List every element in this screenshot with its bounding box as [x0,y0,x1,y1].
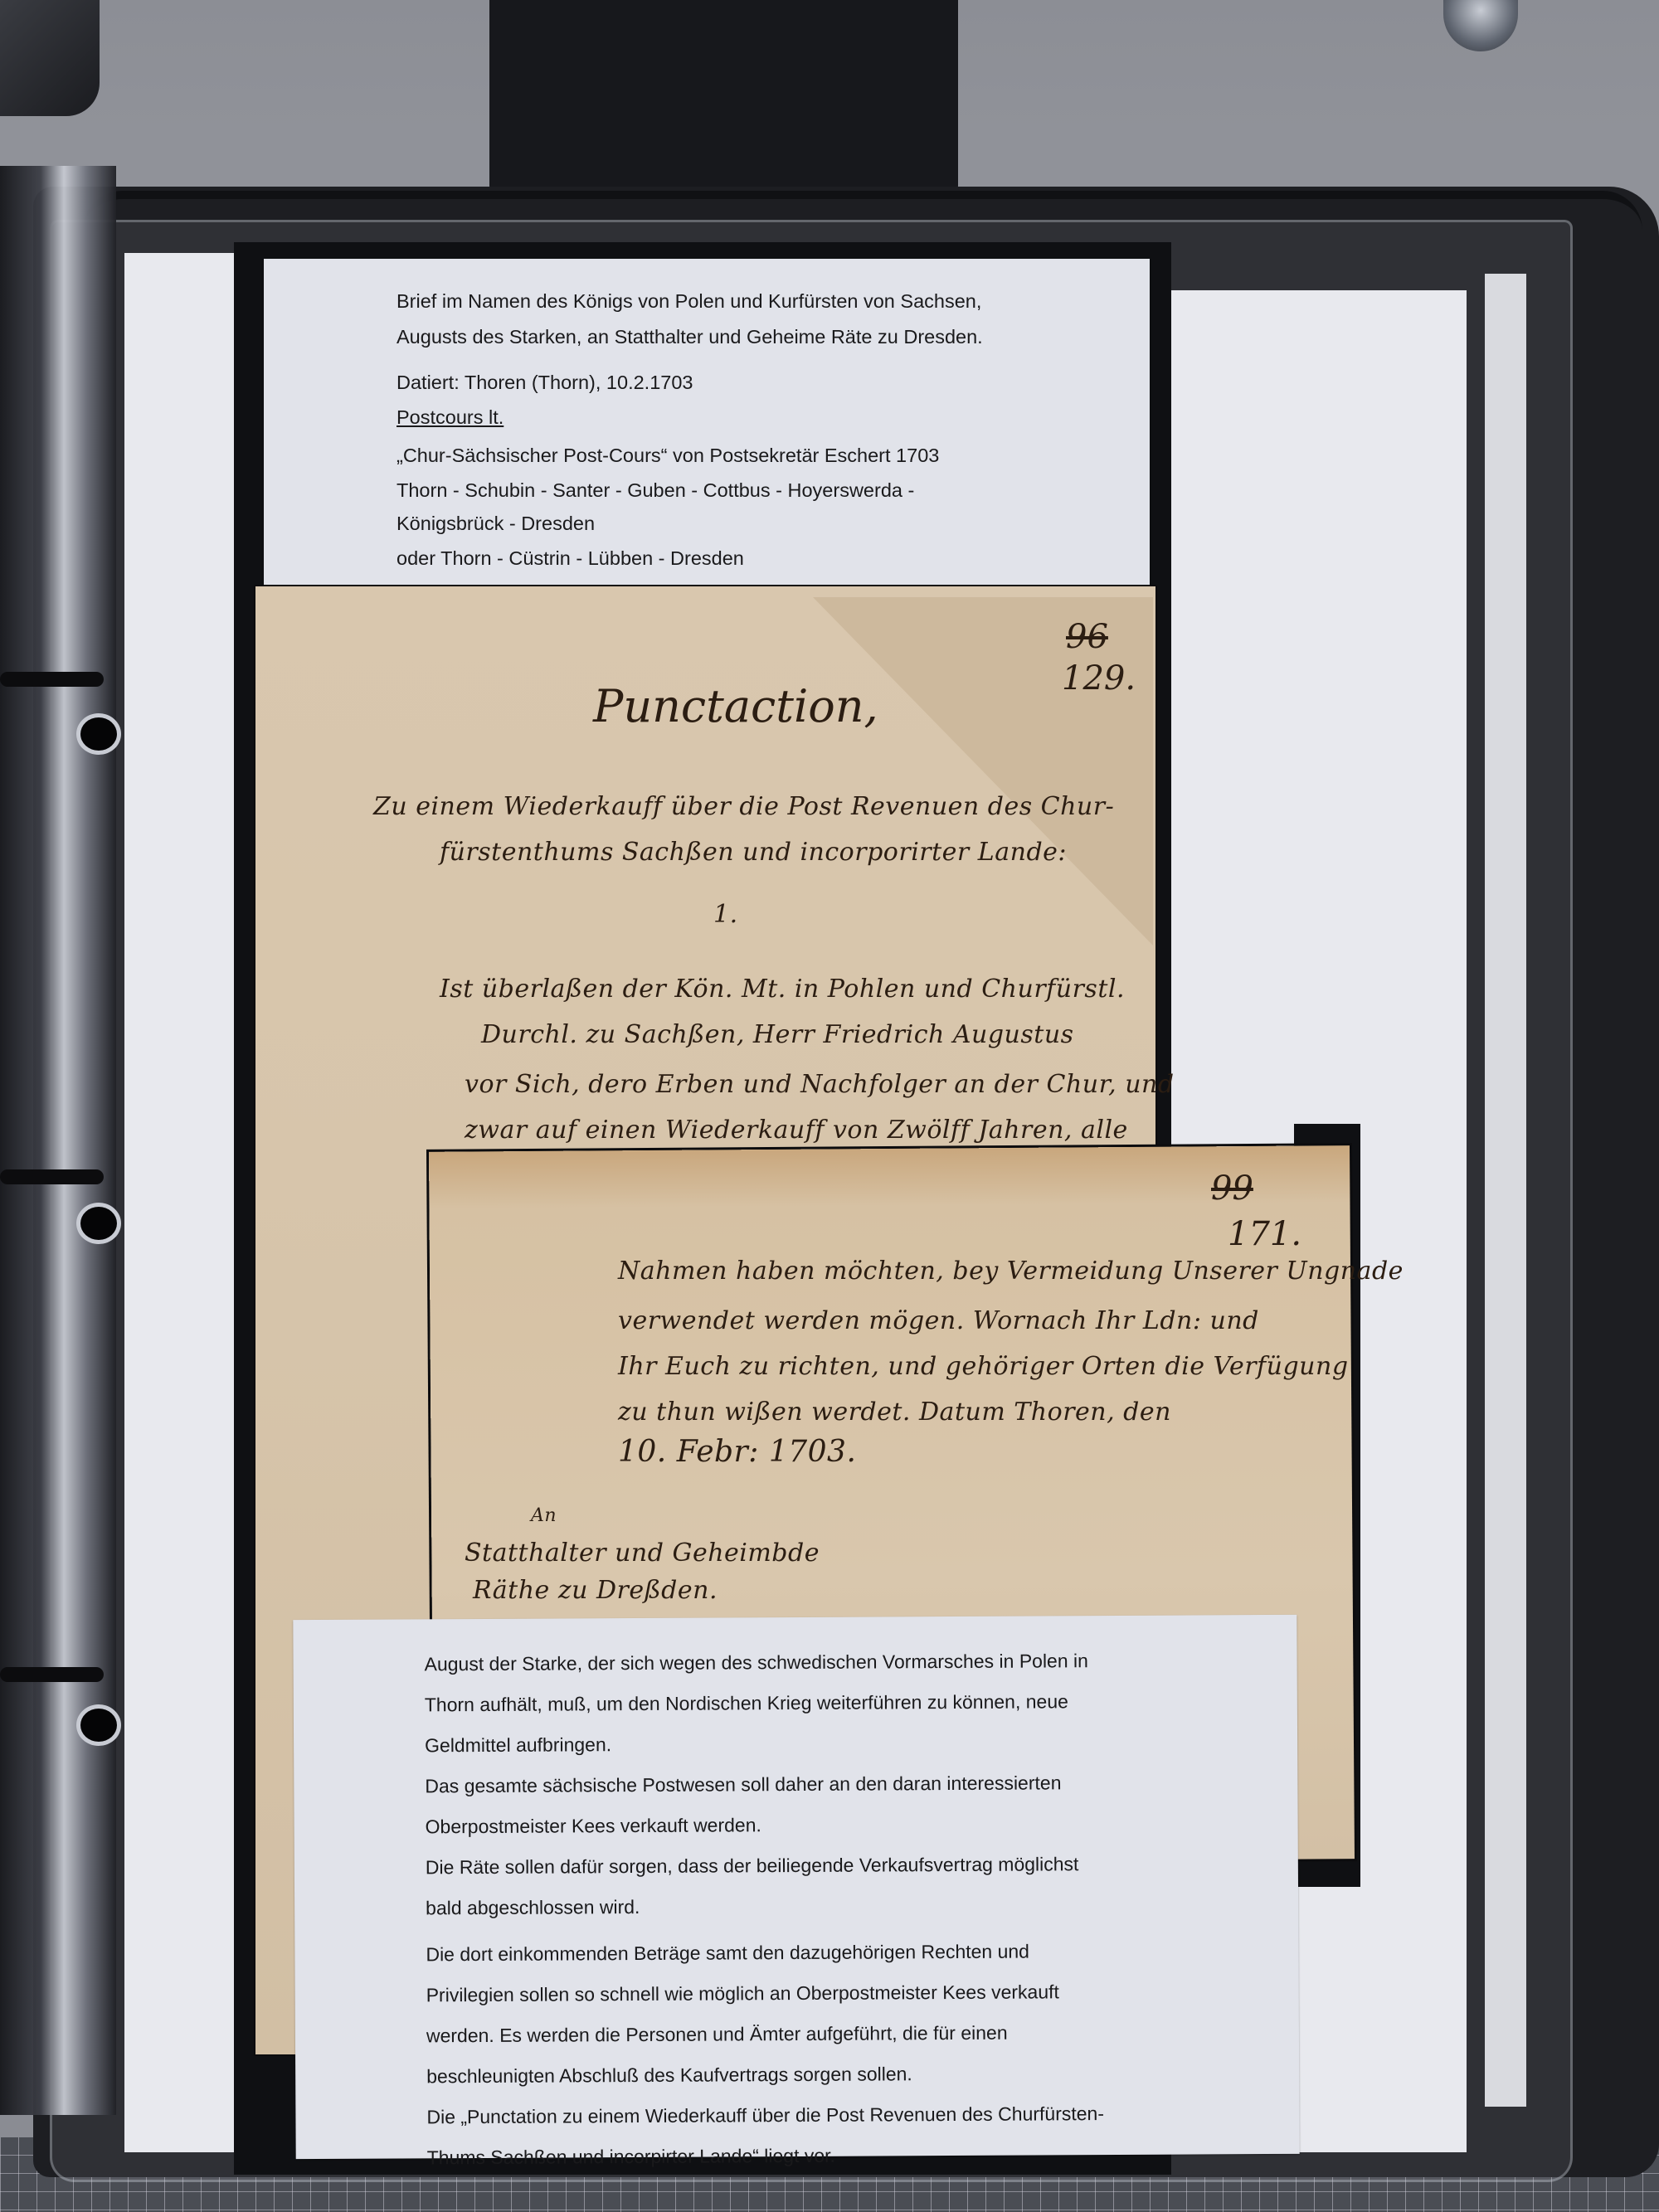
manuscript-line: 1. [713,900,738,929]
manuscript-line: Durchl. zu Sachßen, Herr Friedrich Augus… [481,1020,1074,1049]
letter-date: 10. Febr: 1703. [618,1435,856,1469]
description-line: beschleunigten Abschluß des Kaufvertrags… [426,2053,1173,2098]
description-line: Geldmittel aufbringen. [425,1722,1171,1767]
header-line-route-alt: oder Thorn - Cüstrin - Lübben - Dresden [397,549,744,569]
header-line-route-1: Thorn - Schubin - Santer - Guben - Cottb… [397,481,914,501]
letter-address: Statthalter und Geheimbde [465,1539,820,1568]
binder-ring-icon [0,672,104,687]
header-line-title: Brief im Namen des Königs von Polen und … [397,292,981,312]
letter-line: Ihr Euch zu richten, und gehöriger Orten… [618,1352,1349,1381]
manuscript-line: zwar auf einen Wiederkauff von Zwölff Ja… [465,1116,1128,1145]
header-line-route-2: Königsbrück - Dresden [397,514,595,534]
black-clamp [489,0,958,192]
letter-address: An [531,1505,557,1526]
description-label: August der Starke, der sich wegen des sc… [293,1615,1299,2159]
description-line: Privilegien sollen so schnell wie möglic… [426,1971,1173,2016]
description-line: Thums Sachßen und incorpirter Lande“ lie… [427,2134,1174,2179]
letter-address: Räthe zu Dreßden. [473,1576,718,1605]
folio-number-old: 99 [1211,1169,1253,1208]
header-line-date: Datiert: Thoren (Thorn), 10.2.1703 [397,373,693,393]
description-paragraph-2: Die dort einkommenden Beträge samt den d… [426,1931,1174,2179]
letter-line: zu thun wißen werdet. Datum Thoren, den [618,1398,1171,1427]
punch-hole-icon [76,1203,121,1244]
punch-hole-icon [76,1704,121,1746]
description-line: werden. Es werden die Personen und Ämter… [426,2012,1173,2057]
binder-strap [0,0,100,116]
folio-number-old: 96 [1066,618,1108,656]
description-line: Oberpostmeister Kees verkauft werden. [425,1803,1171,1848]
ring-binding-strip [0,166,116,2115]
binder-ring-icon [0,1169,104,1184]
description-paragraph-1: August der Starke, der sich wegen des sc… [424,1641,1172,1929]
description-line: bald abgeschlossen wird. [426,1884,1172,1929]
header-line-postcours: Postcours lt. [397,408,504,428]
letter-line: Nahmen haben möchten, bey Vermeidung Uns… [618,1257,1404,1286]
description-line: Die dort einkommenden Beträge samt den d… [426,1931,1172,1976]
letter-line: verwendet werden mögen. Wornach Ihr Ldn:… [618,1306,1259,1335]
backing-page-left [124,253,236,2152]
manuscript-line: fürstenthums Sachßen und incorporirter L… [440,838,1067,867]
header-line-source: „Chur-Sächsischer Post-Cours“ von Postse… [397,446,939,466]
manuscript-line: vor Sich, dero Erben und Nachfolger an d… [465,1070,1175,1099]
description-line: Thorn aufhält, muß, um den Nordischen Kr… [425,1681,1171,1726]
header-label: Brief im Namen des Königs von Polen und … [264,259,1150,586]
manuscript-title: Punctaction, [593,680,878,732]
header-line-title-2: Augusts des Starken, an Statthalter und … [397,328,983,348]
description-line: Die „Punctation zu einem Wiederkauff übe… [426,2093,1173,2138]
folio-number: 171. [1228,1215,1301,1253]
manuscript-line: Zu einem Wiederkauff über die Post Reven… [373,792,1114,821]
backing-page-edge [1485,274,1526,2107]
folio-number: 129. [1062,659,1136,698]
binder-ring-icon [0,1667,104,1682]
description-line: Das gesamte sächsische Postwesen soll da… [425,1762,1171,1807]
punch-hole-icon [76,713,121,755]
description-line: Die Räte sollen dafür sorgen, dass der b… [426,1844,1172,1889]
description-line: August der Starke, der sich wegen des sc… [424,1641,1170,1685]
manuscript-line: Ist überlaßen der Kön. Mt. in Pohlen und… [440,975,1125,1004]
